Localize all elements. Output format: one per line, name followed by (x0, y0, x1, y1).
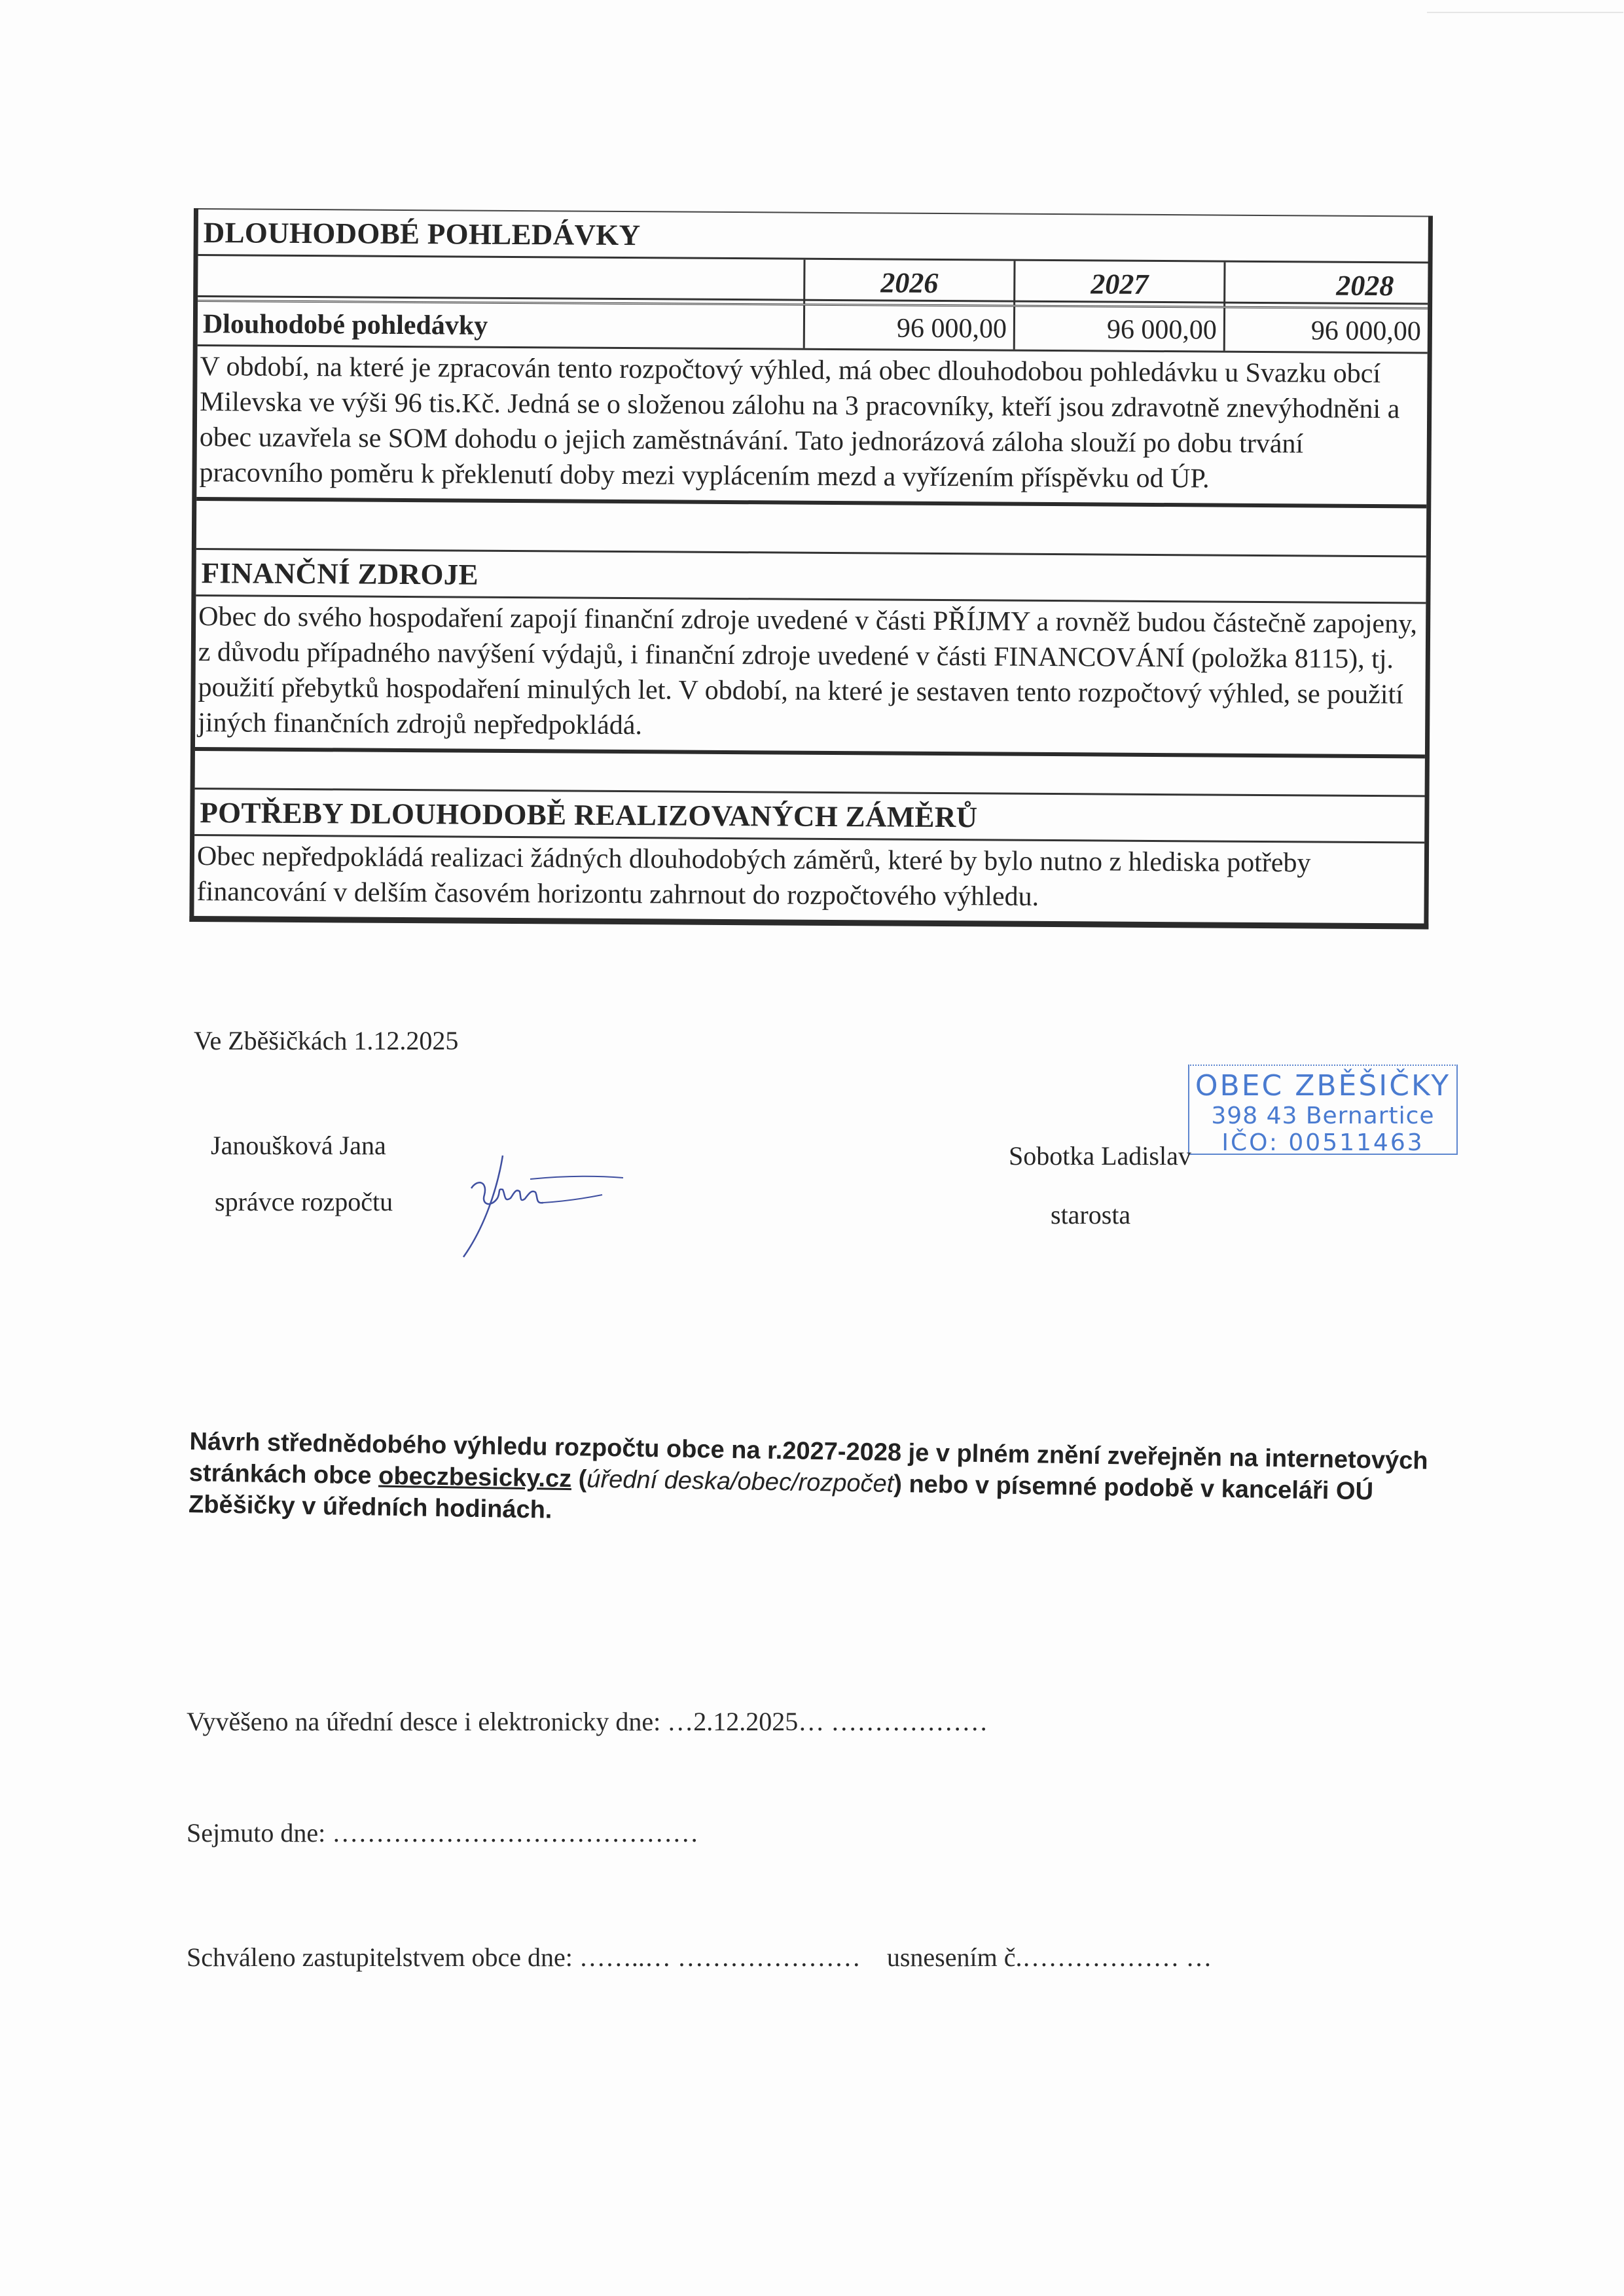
handwritten-signature-icon (452, 1149, 628, 1260)
stamp-line-name: OBEC ZBĚŠIČKY (1189, 1070, 1456, 1102)
table-row: Dlouhodobé pohledávky 96 000,00 96 000,0… (198, 300, 1428, 352)
year-header: 2028 (1223, 263, 1428, 308)
spacer-row (195, 747, 1425, 795)
website-link[interactable]: obeczbesicky.cz (378, 1463, 572, 1493)
section-header-row: DLOUHODOBÉ POHLEDÁVKY (198, 208, 1428, 261)
year-header: 2026 (803, 260, 1013, 305)
spacer-row (196, 497, 1426, 555)
section-header-row: POTŘEBY DLOUHODOBĚ REALIZOVANÝCH ZÁMĚRŮ (194, 788, 1424, 841)
section-title-long-term-projects: POTŘEBY DLOUHODOBĚ REALIZOVANÝCH ZÁMĚRŮ (194, 790, 1424, 841)
website-path: úřední deska/obec/rozpočet (586, 1466, 894, 1498)
section-header-row: FINANČNÍ ZDROJE (196, 548, 1426, 602)
notice-text: ( (571, 1465, 587, 1493)
approval-date: Schváleno zastupitelstvem obce dne: ……..… (187, 1942, 861, 1972)
section-title-receivables: DLOUHODOBÉ POHLEDÁVKY (198, 210, 1428, 261)
posted-date-line: Vyvěšeno na úřední desce i elektronicky … (187, 1706, 988, 1737)
stamp-line-address: 398 43 Bernartice (1189, 1102, 1456, 1130)
scan-edge-mark (1427, 12, 1623, 13)
budget-administrator-role: správce rozpočtu (215, 1186, 393, 1217)
removed-date-line: Sejmuto dne: …………………………………… (187, 1817, 698, 1848)
description-row: Obec do svého hospodaření zapojí finančn… (195, 594, 1426, 754)
place-and-date: Ve Zběšičkách 1.12.2025 (194, 1025, 458, 1056)
receivables-description: V období, na které je zpracován tento ro… (196, 346, 1427, 504)
value-cell: 96 000,00 (1223, 308, 1428, 352)
value-cell: 96 000,00 (803, 306, 1013, 350)
value-cell: 96 000,00 (1013, 307, 1223, 351)
long-term-projects-description: Obec nepředpokládá realizaci žádných dlo… (194, 836, 1424, 923)
resolution-number: usnesením č.……………… … (887, 1942, 1212, 1972)
approval-line: Schváleno zastupitelstvem obce dne: ……..… (187, 1942, 1212, 1973)
year-header: 2027 (1013, 261, 1223, 306)
budget-outlook-table: DLOUHODOBÉ POHLEDÁVKY 2026 2027 2028 Dlo… (189, 208, 1433, 930)
publication-notice: Návrh střednědobého výhledu rozpočtu obc… (189, 1426, 1447, 1540)
row-label: Dlouhodobé pohledávky (198, 302, 803, 348)
section-title-financial-sources: FINANČNÍ ZDROJE (196, 550, 1426, 602)
stamp-line-ico: IČO: 00511463 (1189, 1130, 1456, 1156)
mayor-role: starosta (1051, 1199, 1130, 1230)
financial-sources-description: Obec do svého hospodaření zapojí finančn… (195, 596, 1426, 754)
description-row: Obec nepředpokládá realizaci žádných dlo… (194, 834, 1424, 923)
mayor-name: Sobotka Ladislav (1009, 1140, 1191, 1171)
description-row: V období, na které je zpracován tento ro… (196, 344, 1427, 504)
municipal-stamp: OBEC ZBĚŠIČKY 398 43 Bernartice IČO: 005… (1188, 1065, 1458, 1155)
budget-administrator-name: Janoušková Jana (211, 1130, 386, 1161)
